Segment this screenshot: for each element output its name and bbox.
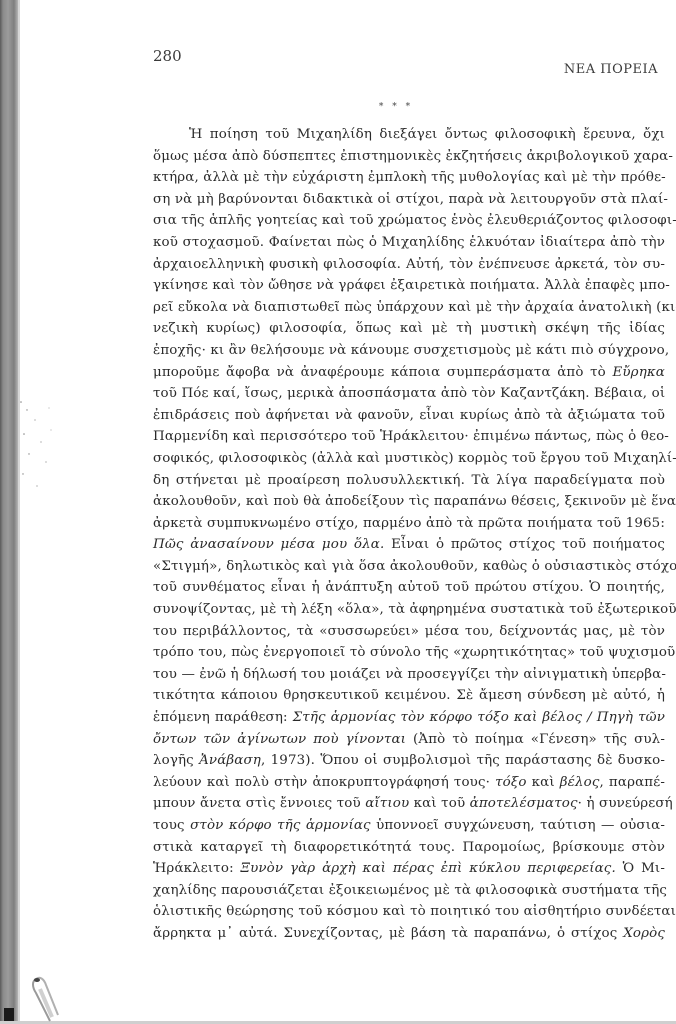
text-line: ἀρχαιοελληνικὴ φυσικὴ φιλοσοφία. Αὐτή, τ… (153, 254, 665, 276)
italic-quote: Στῆς ἁρμονίας τὸν κόρφο τόξο καὶ βέλος /… (293, 710, 665, 725)
text-segment: ὅμως μέσα ἀπὸ δύσπεπτες ἐπιστημονικὲς ἐκ… (153, 149, 673, 164)
text-segment: ἀρκετὰ συμπυκνωμένο στίχο, παρμένο ἀπὸ τ… (153, 516, 665, 531)
text-segment: ρεῖ εὔκολα νὰ διαπιστωθεῖ πὼς ὑπάρχουν κ… (153, 300, 676, 315)
binding-edge (18, 0, 20, 1024)
text-line: συνοψίζοντας, μὲ τὴ λέξη «ὅλα», τὰ ἀφηρη… (153, 599, 665, 621)
text-segment: , παραπέ- (599, 775, 665, 790)
italic-quote: τόξο (495, 775, 527, 790)
text-segment: του περιβάλλοντος, τὰ «συσσωρεύει» μέσα … (153, 624, 665, 639)
text-line: τοῦ συνθέματος εἶναι ἡ ἀνάπτυξη αὐτοῦ το… (153, 577, 665, 599)
text-line: γκίνησε καὶ τὸν ὤθησε νὰ γράφει ἐξαιρετι… (153, 275, 665, 297)
running-head: ΝΕΑ ΠΟΡΕΙΑ (564, 62, 658, 77)
text-segment: λεύουν καὶ πολὺ στὴν ἀποκρυπτογράφησή το… (153, 775, 495, 790)
text-line: σια τῆς ἁπλῆς γοητείας καὶ τοῦ χρώματος … (153, 210, 665, 232)
text-line: τρόπο του, πὼς ἐνεργοποιεῖ τὸ σύνολο τῆς… (153, 642, 665, 664)
text-segment: ἀρχαιοελληνικὴ φυσικὴ φιλοσοφία. Αὐτή, τ… (153, 257, 665, 272)
text-line: λεύουν καὶ πολὺ στὴν ἀποκρυπτογράφησή το… (153, 772, 665, 794)
text-line: δη στήνεται μὲ προαίρεση πολυσυλλεκτική.… (153, 470, 665, 492)
text-line: ἀρκετὰ συμπυκνωμένο στίχο, παρμένο ἀπὸ τ… (153, 513, 665, 535)
text-line: ἐπιδράσεις ποὺ ἀφήνεται νὰ φανοῦν, εἶναι… (153, 405, 665, 427)
text-segment: Ἡ ποίηση τοῦ Μιχαηλίδη διεξάγει ὄντως φι… (189, 127, 665, 142)
italic-quote: Ἀνάβαση (199, 753, 261, 768)
text-line: χαηλίδης παρουσιάζεται ἐξοικειωμένος μὲ … (153, 880, 665, 902)
text-segment: στικὰ καταργεῖ τὴ διαφορετικότητά τους. … (153, 840, 665, 855)
text-line: του περιβάλλοντος, τὰ «συσσωρεύει» μέσα … (153, 621, 665, 643)
text-segment: κτήρα, ἀλλὰ μὲ τὴν εὐχάριστη ἐμπλοκὴ τῆς… (153, 170, 666, 185)
text-line: ἀκολουθοῦν, καὶ ποὺ θὰ ἀποδείξουν τὶς πα… (153, 491, 665, 513)
section-separator: * * * (0, 102, 676, 112)
italic-quote: βέλος (560, 775, 600, 790)
text-segment: συνοψίζοντας, μὲ τὴ λέξη «ὅλα», τὰ ἀφηρη… (153, 602, 676, 617)
italic-quote: ἀποτελέσματος (470, 796, 578, 811)
text-line: ἑπόμενη παράθεση: Στῆς ἁρμονίας τὸν κόρφ… (153, 707, 665, 729)
text-segment: ἀκολουθοῦν, καὶ ποὺ θὰ ἀποδείξουν τὶς πα… (153, 494, 676, 509)
text-line: στικὰ καταργεῖ τὴ διαφορετικότητά τους. … (153, 837, 665, 859)
text-line: Παρμενίδη καὶ περισσότερο τοῦ Ἡράκλειτου… (153, 426, 665, 448)
text-segment: τοῦ συνθέματος εἶναι ἡ ἀνάπτυξη αὐτοῦ το… (153, 580, 665, 595)
asterism-text: * * * (379, 102, 413, 112)
italic-quote: Εὔρηκα (612, 365, 665, 380)
text-segment: καὶ (527, 775, 560, 790)
text-segment: τικότητα κάποιου θρησκευτικοῦ κειμένου. … (153, 688, 665, 703)
text-segment: τρόπο του, πὼς ἐνεργοποιεῖ τὸ σύνολο τῆς… (153, 645, 675, 660)
text-segment: τους (153, 818, 190, 833)
text-line: σοφικός, φιλοσοφικὸς (ἀλλὰ καὶ μυστικὸς)… (153, 448, 665, 470)
text-segment: Εἶναι ὁ πρῶτος στίχος τοῦ ποιήματος (384, 537, 665, 552)
italic-quote: Πῶς ἀνασαίνουν μέσα μου ὅλα. (153, 537, 384, 552)
scan-specks (15, 390, 55, 510)
text-segment: ση νὰ μὴ βαρύνονται διδακτικὰ οἱ στίχοι,… (153, 192, 668, 207)
text-line: ὄντων τῶν ἀγίνωτων ποὺ γίνονται (Ἀπὸ τὸ … (153, 729, 665, 751)
text-line: ρεῖ εὔκολα νὰ διαπιστωθεῖ πὼς ὑπάρχουν κ… (153, 297, 665, 319)
text-line: ση νὰ μὴ βαρύνονται διδακτικὰ οἱ στίχοι,… (153, 189, 665, 211)
article-body: Ἡ ποίηση τοῦ Μιχαηλίδη διεξάγει ὄντως φι… (153, 124, 665, 945)
italic-quote: Ξυνὸν γὰρ ἀρχὴ καὶ πέρας ἐπὶ κύκλου περι… (241, 861, 616, 876)
text-line: λογῆς Ἀνάβαση, 1973). Ὅπου οἱ συμβολισμο… (153, 750, 665, 772)
text-segment: μποροῦμε ἄφοβα νὰ ἀναφέρουμε κάποια συμπ… (153, 365, 612, 380)
italic-quote: ὄντων τῶν ἀγίνωτων ποὺ γίνονται (153, 732, 406, 747)
text-segment: νεζικὴ κυρίως) φιλοσοφία, ὅπως καὶ μὲ τὴ… (153, 321, 665, 336)
text-line: μπουν ἄνετα στὶς ἔννοιες τοῦ αἴτιου καὶ … (153, 793, 665, 815)
text-segment: Παρμενίδη καὶ περισσότερο τοῦ Ἡράκλειτου… (153, 429, 669, 444)
text-segment: κοῦ στοχασμοῦ. Φαίνεται πὼς ὁ Μιχαηλίδης… (153, 235, 665, 250)
text-segment: ἐποχῆς· κι ἂν θελήσουμε νὰ κάνουμε συσχε… (153, 343, 669, 358)
page-number: 280 (153, 47, 182, 65)
text-line: ἄρρηκτα μ᾽ αὐτά. Συνεχίζοντας, μὲ βάση τ… (153, 923, 665, 945)
text-line: τοῦ Πόε καί, ἴσως, μερικὰ ἀποσπάσματα ἀπ… (153, 383, 665, 405)
text-segment: «Στιγμή», δηλωτικὸς καὶ γιὰ ὅσα ἀκολουθο… (153, 559, 676, 574)
text-line: ὁλιστικῆς θεώρησης τοῦ κόσμου καὶ τὸ ποι… (153, 901, 665, 923)
text-segment: , 1973). Ὅπου οἱ συμβολισμοὶ τῆς παράστα… (261, 753, 665, 768)
text-segment: ἑπόμενη παράθεση: (153, 710, 293, 725)
text-line: ὅμως μέσα ἀπὸ δύσπεπτες ἐπιστημονικὲς ἐκ… (153, 146, 665, 168)
text-line: τους στὸν κόρφο τῆς ἁρμονίας ὑποννοεῖ συ… (153, 815, 665, 837)
text-segment: ἄρρηκτα μ᾽ αὐτά. Συνεχίζοντας, μὲ βάση τ… (153, 926, 623, 941)
text-line: κοῦ στοχασμοῦ. Φαίνεται πὼς ὁ Μιχαηλίδης… (153, 232, 665, 254)
text-segment: καὶ τοῦ (409, 796, 469, 811)
text-segment: δη στήνεται μὲ προαίρεση πολυσυλλεκτική.… (153, 473, 665, 488)
text-segment: χαηλίδης παρουσιάζεται ἐξοικειωμένος μὲ … (153, 883, 667, 898)
italic-quote: Χορὸς (623, 926, 665, 941)
book-binding-shadow (0, 0, 18, 1024)
text-segment: γκίνησε καὶ τὸν ὤθησε νὰ γράφει ἐξαιρετι… (153, 278, 670, 293)
text-segment: Ὁ Μι- (616, 861, 665, 876)
italic-quote: στὸν κόρφο τῆς ἁρμονίας (190, 818, 371, 833)
text-line: κτήρα, ἀλλὰ μὲ τὴν εὐχάριστη ἐμπλοκὴ τῆς… (153, 167, 665, 189)
text-segment: μπουν ἄνετα στὶς ἔννοιες τοῦ (153, 796, 365, 811)
text-line: τικότητα κάποιου θρησκευτικοῦ κειμένου. … (153, 685, 665, 707)
text-line: «Στιγμή», δηλωτικὸς καὶ γιὰ ὅσα ἀκολουθο… (153, 556, 665, 578)
text-segment: σοφικός, φιλοσοφικὸς (ἀλλὰ καὶ μυστικὸς)… (153, 451, 676, 466)
text-segment: ὁλιστικῆς θεώρησης τοῦ κόσμου καὶ τὸ ποι… (153, 904, 676, 919)
text-segment: Ἡράκλειτο: (153, 861, 241, 876)
text-line: Ἡράκλειτο: Ξυνὸν γὰρ ἀρχὴ καὶ πέρας ἐπὶ … (153, 858, 665, 880)
text-segment: ὑποννοεῖ συγχώνευση, ταύτιση — οὐσια- (371, 818, 665, 833)
paperclip-icon (28, 975, 68, 1024)
text-segment: του — ἐνῶ ἡ δήλωσή του μοιάζει νὰ προσεγ… (153, 667, 666, 682)
text-line: Ἡ ποίηση τοῦ Μιχαηλίδη διεξάγει ὄντως φι… (153, 124, 665, 146)
text-segment: σια τῆς ἁπλῆς γοητείας καὶ τοῦ χρώματος … (153, 213, 676, 228)
text-segment: ἐπιδράσεις ποὺ ἀφήνεται νὰ φανοῦν, εἶναι… (153, 408, 665, 423)
text-line: ἐποχῆς· κι ἂν θελήσουμε νὰ κάνουμε συσχε… (153, 340, 665, 362)
text-line: νεζικὴ κυρίως) φιλοσοφία, ὅπως καὶ μὲ τὴ… (153, 318, 665, 340)
text-line: Πῶς ἀνασαίνουν μέσα μου ὅλα. Εἶναι ὁ πρῶ… (153, 534, 665, 556)
text-line: μποροῦμε ἄφοβα νὰ ἀναφέρουμε κάποια συμπ… (153, 362, 665, 384)
text-segment: λογῆς (153, 753, 199, 768)
text-segment: (Ἀπὸ τὸ ποίημα «Γένεση» τῆς συλ- (406, 732, 665, 747)
text-segment: · ἡ συνεύρεσή (578, 796, 673, 811)
text-segment: τοῦ Πόε καί, ἴσως, μερικὰ ἀποσπάσματα ἀπ… (153, 386, 665, 401)
italic-quote: αἴτιου (365, 796, 409, 811)
text-line: του — ἐνῶ ἡ δήλωσή του μοιάζει νὰ προσεγ… (153, 664, 665, 686)
